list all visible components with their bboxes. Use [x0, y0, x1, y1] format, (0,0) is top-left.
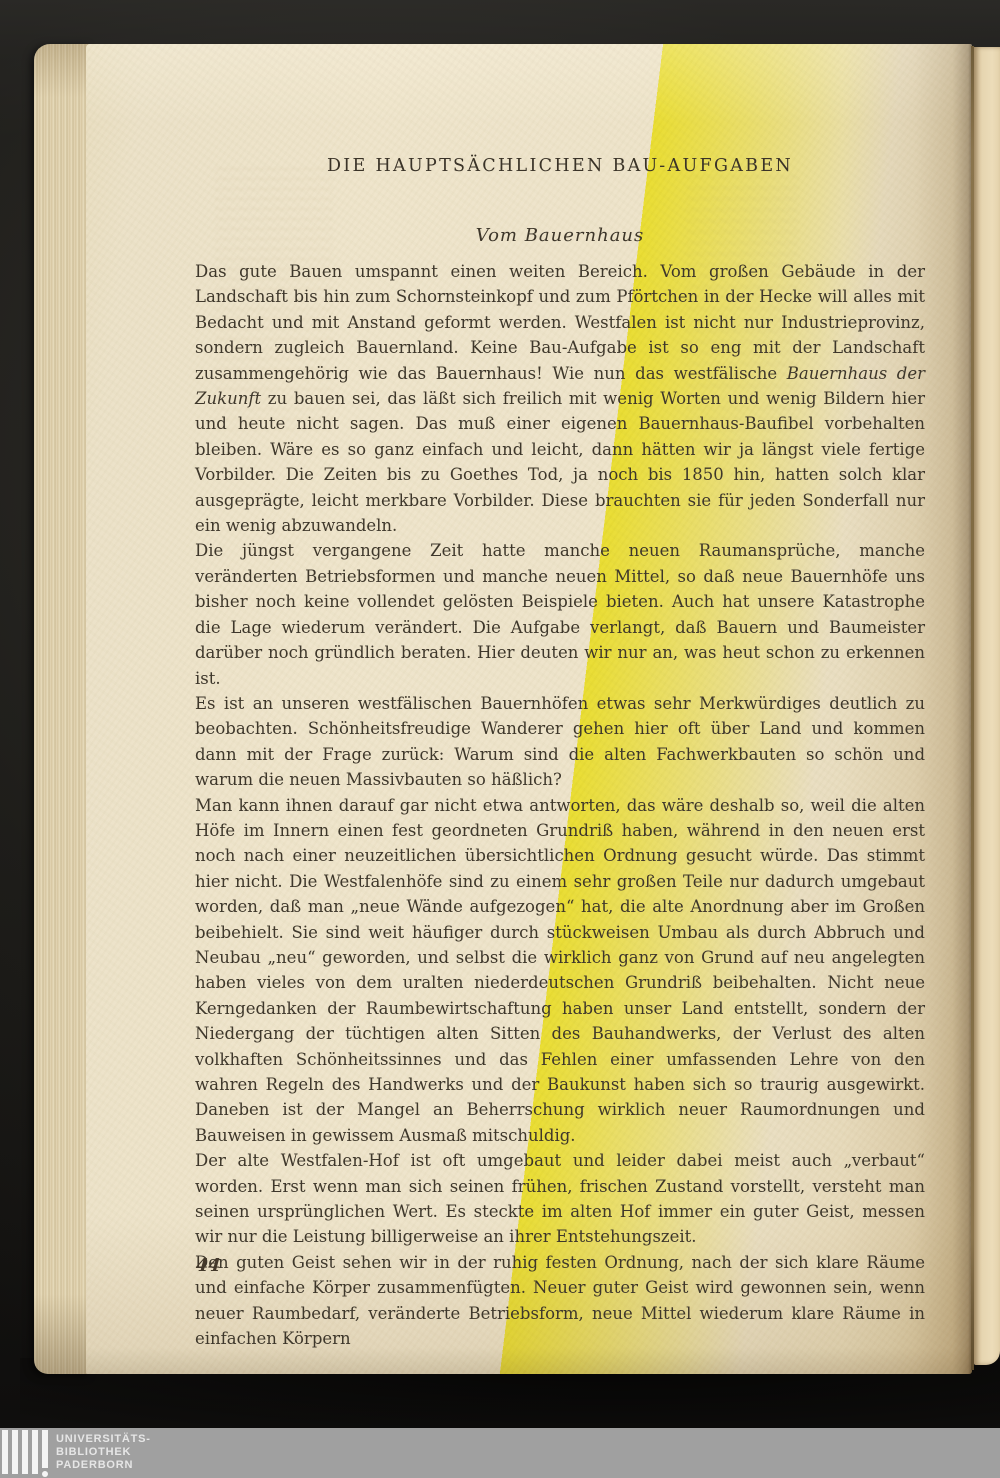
ub-paderborn-logo-icon: [2, 1430, 50, 1478]
library-name: UNIVERSITÄTS- BIBLIOTHEK PADERBORN: [56, 1433, 151, 1472]
facing-page-edge: [974, 47, 1000, 1365]
scan-background: DIE HAUPTSÄCHLICHEN BAU-AUFGABEN Vom Bau…: [0, 0, 1000, 1478]
logo-stripe: [22, 1430, 28, 1474]
page-number: 44: [195, 1256, 221, 1276]
chapter-heading: DIE HAUPTSÄCHLICHEN BAU-AUFGABEN: [195, 156, 925, 176]
library-name-line: UNIVERSITÄTS-: [56, 1433, 151, 1446]
library-name-line: PADERBORN: [56, 1459, 151, 1472]
library-watermark-bar: UNIVERSITÄTS- BIBLIOTHEK PADERBORN: [0, 1428, 1000, 1478]
logo-stripe: [12, 1430, 18, 1474]
logo-stripe: [32, 1430, 38, 1474]
section-subtitle: Vom Bauernhaus: [195, 225, 925, 246]
logo-dot: [42, 1471, 48, 1477]
logo-stripe: [42, 1430, 48, 1468]
library-name-line: BIBLIOTHEK: [56, 1446, 151, 1459]
page-edge-stack: [34, 44, 90, 1374]
body-text: Das gute Bauen umspannt einen weiten Ber…: [195, 259, 925, 1351]
logo-stripe: [2, 1430, 8, 1474]
